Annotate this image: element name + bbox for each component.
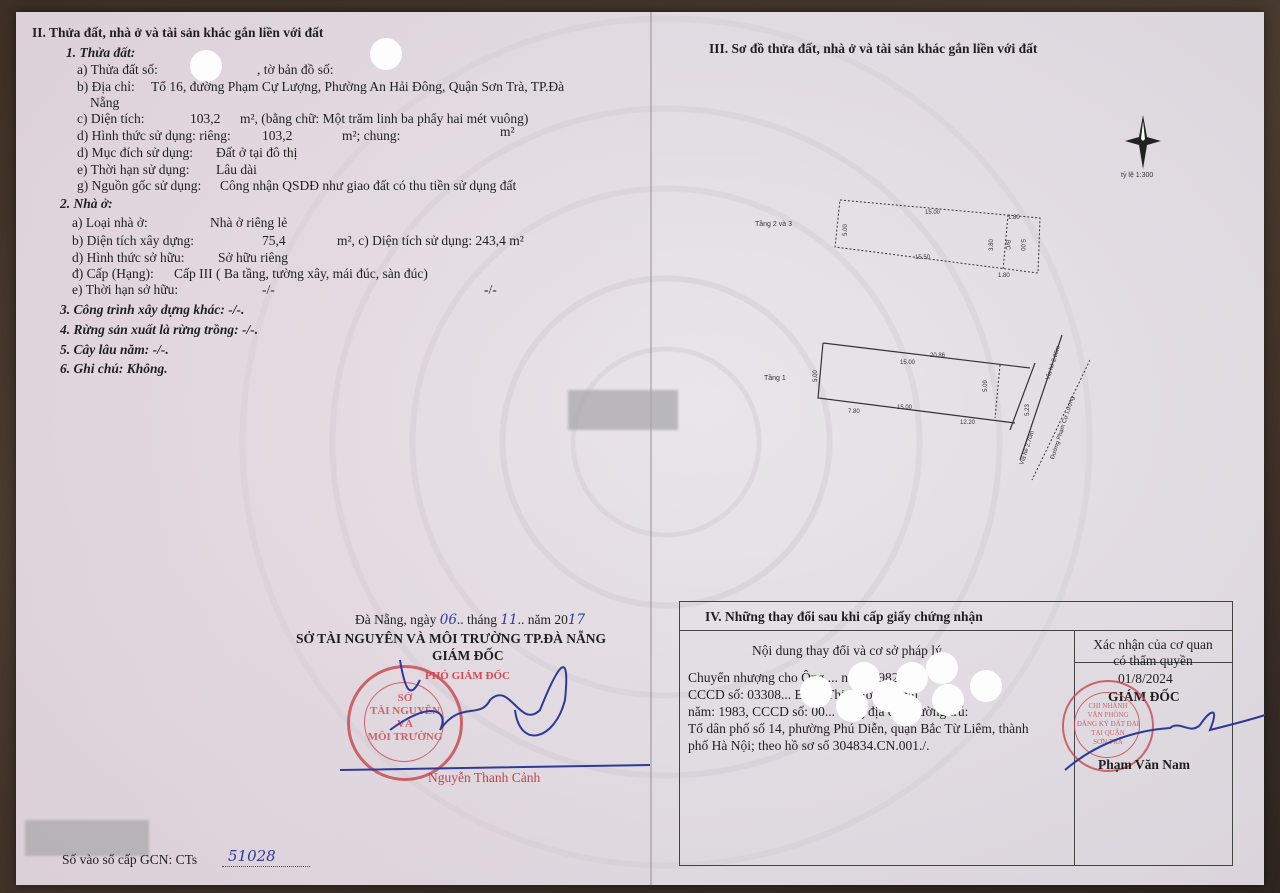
dim: 15.50	[915, 250, 930, 266]
perennial-trees: 5. Cây lâu năm: -/-.	[60, 342, 169, 358]
term-value: Lâu dài	[216, 162, 257, 178]
dim: 7.80	[848, 404, 860, 420]
redaction-block	[568, 390, 678, 430]
area-value: 103,2	[190, 111, 220, 127]
floor-2-3-label: Tầng 2 và 3	[755, 217, 792, 233]
grade-label: đ) Cấp (Hạng):	[72, 266, 154, 282]
land-heading: 1. Thửa đất:	[66, 45, 135, 61]
redaction-dot	[800, 676, 832, 708]
redaction-dot	[970, 670, 1002, 702]
change-line: năm: 1983, CCCD số: 00... cùng địa chỉ t…	[688, 704, 968, 720]
redaction-dot	[836, 690, 868, 722]
redaction-dot	[890, 694, 922, 726]
ownership-value: Sở hữu riêng	[218, 250, 288, 266]
term-label: e) Thời hạn sử dụng:	[77, 162, 189, 178]
build-area-value: 75,4	[262, 233, 286, 249]
dim: 15.00	[925, 205, 940, 221]
year-label: năm 20	[528, 612, 568, 627]
dim: 5.00	[838, 224, 854, 236]
dim: 15.00	[897, 400, 912, 416]
use-form-shared-unit: m²	[500, 124, 515, 140]
origin-value: Công nhận QSDĐ như giao đất có thu tiền …	[220, 178, 516, 194]
north-arrow-icon	[1125, 115, 1161, 169]
dim: 15.00	[900, 355, 915, 371]
dim: 5.09	[978, 380, 994, 392]
change-line: phố Hà Nội; theo hồ sơ số 304834.CN.001.…	[688, 738, 930, 754]
dim: 5.00	[808, 370, 824, 382]
registry-number: 51028	[228, 848, 276, 864]
parcel-label: a) Thửa đất số:	[77, 62, 158, 78]
area-label: c) Diện tích:	[77, 111, 144, 127]
section-ii-title: II. Thửa đất, nhà ở và tài sản khác gắn …	[32, 25, 323, 41]
dim: 20.86	[930, 348, 945, 364]
address-value: Tổ 16, đường Phạm Cự Lượng, Phường An Hả…	[151, 79, 564, 95]
purpose-value: Đất ở tại đô thị	[216, 145, 297, 161]
issue-month: 11	[500, 612, 517, 628]
house-type-value: Nhà ở riêng lẻ	[210, 215, 287, 231]
use-form-shared: m²; chung:	[342, 128, 400, 144]
use-form-private: 103,2	[262, 128, 292, 144]
use-form-label: d) Hình thức sử dụng: riêng:	[77, 128, 231, 144]
changes-col1-header: Nội dung thay đổi và cơ sở pháp lý	[752, 643, 942, 659]
origin-label: g) Nguồn gốc sử dụng:	[77, 178, 201, 194]
right-signer: Phạm Văn Nam	[1098, 757, 1190, 773]
scale-label: tỷ lệ 1:300	[1121, 168, 1153, 184]
address-label: b) Địa chỉ:	[77, 79, 135, 95]
month-label: tháng	[467, 612, 497, 627]
floor-1-label: Tầng 1	[764, 371, 786, 387]
other-works: 3. Công trình xây dựng khác: -/-.	[60, 302, 244, 318]
registry-label: Số vào sổ cấp GCN: CTs	[62, 852, 197, 868]
forest: 4. Rừng sản xuất là rừng trồng: -/-.	[60, 322, 258, 338]
dim: 1.80	[1008, 210, 1020, 226]
own-term-label: e) Thời hạn sở hữu:	[72, 282, 178, 298]
redaction-dot	[926, 652, 958, 684]
dim: 5.00	[1014, 239, 1030, 251]
left-signer: Nguyễn Thanh Cảnh	[428, 770, 540, 786]
build-area-label: b) Diện tích xây dựng:	[72, 233, 194, 249]
redaction-dot	[190, 50, 222, 82]
redaction-dot	[896, 662, 928, 694]
section-iii-title: III. Sơ đồ thửa đất, nhà ở và tài sản kh…	[709, 41, 1037, 57]
change-line: Tổ dân phố số 14, phường Phú Diễn, quận …	[688, 721, 1029, 737]
dim: 12.20	[960, 415, 975, 431]
note: 6. Ghi chú: Không.	[60, 361, 168, 377]
map-sheet-label: , tờ bản đồ số:	[257, 62, 334, 78]
dim: 3.80	[984, 239, 1000, 251]
redaction-dot	[370, 38, 402, 70]
area-words: m², (bằng chữ: Một trăm linh ba phẩy hai…	[240, 111, 528, 127]
house-heading: 2. Nhà ở:	[60, 196, 113, 212]
purpose-label: d) Mục đích sử dụng:	[77, 145, 193, 161]
changes-title: IV. Những thay đổi sau khi cấp giấy chứn…	[705, 609, 983, 625]
dim: 5.23	[1020, 404, 1036, 416]
own-term-value: -/-	[262, 282, 275, 298]
changes-col2-header: Xác nhận của cơ quan có thẩm quyền	[1088, 637, 1218, 669]
grade-value: Cấp III ( Ba tầng, tường xây, mái đúc, s…	[174, 266, 428, 282]
house-type-label: a) Loại nhà ở:	[72, 215, 148, 231]
issue-day: 06	[440, 612, 457, 628]
dim: 1.80	[998, 268, 1010, 284]
ownership-label: d) Hình thức sở hữu:	[72, 250, 185, 266]
redaction-dot	[932, 684, 964, 716]
address-value-cont: Nẵng	[90, 95, 119, 111]
signature-scribble	[340, 640, 670, 780]
redaction-block	[25, 820, 149, 856]
own-term-value-2: -/-	[484, 282, 497, 298]
issue-year: 17	[568, 612, 585, 628]
place-date-label: Đà Nẵng, ngày	[355, 612, 436, 627]
use-area: m², c) Diện tích sử dụng: 243,4 m²	[337, 233, 524, 249]
registry-dotline	[222, 866, 310, 867]
dim: B/C	[999, 240, 1015, 250]
issue-place-date: Đà Nẵng, ngày 06.. tháng 11.. năm 2017	[355, 612, 585, 628]
